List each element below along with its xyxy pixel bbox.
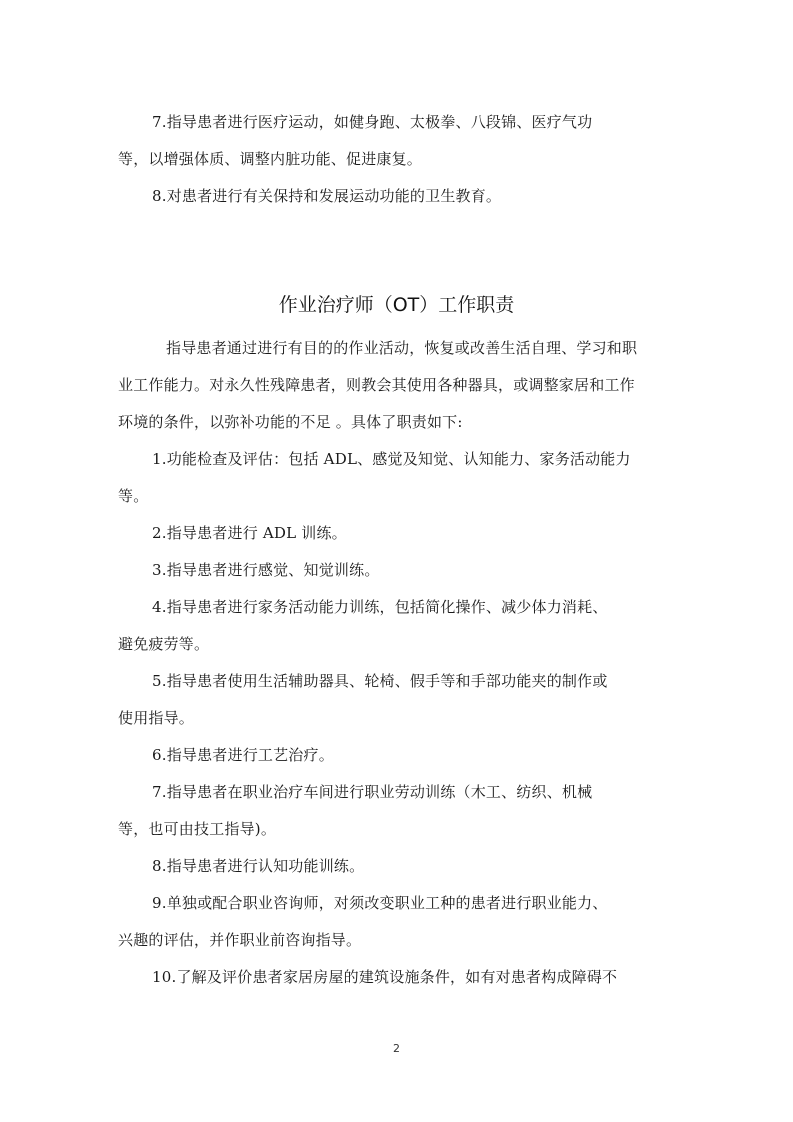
duty-9-line-1: 9.单独或配合职业咨询师，对须改变职业工种的患者进行职业能力、: [152, 893, 608, 913]
duty-10-line-1: 10.了解及评价患者家居房屋的建筑设施条件，如有对患者构成障碍不: [152, 967, 617, 987]
prev-item-7-line-2: 等，以增强体质、调整内脏功能、促进康复。: [118, 149, 422, 169]
prev-item-7-line-1: 7.指导患者进行医疗运动，如健身跑、太极拳、八段锦、医疗气功: [152, 112, 592, 132]
duty-6: 6.指导患者进行工艺治疗。: [152, 745, 334, 765]
duty-9-line-2: 兴趣的评估，并作职业前咨询指导。: [118, 930, 361, 950]
intro-line-1: 指导患者通过进行有目的的作业活动，恢复或改善生活自理、学习和职: [166, 338, 637, 358]
duty-7-line-1: 7.指导患者在职业治疗车间进行职业劳动训练（木工、纺织、机械: [152, 782, 592, 802]
duty-1-line-2: 等。: [118, 486, 148, 506]
duty-8: 8.指导患者进行认知功能训练。: [152, 856, 364, 876]
duty-4-line-1: 4.指导患者进行家务活动能力训练，包括简化操作、减少体力消耗、: [152, 597, 608, 617]
intro-line-2: 业工作能力。对永久性残障患者，则教会其使用各种器具，或调整家居和工作: [118, 375, 635, 395]
intro-line-3: 环境的条件，以弥补功能的不足 。具体了职责如下:: [118, 412, 463, 432]
prev-item-8: 8.对患者进行有关保持和发展运动功能的卫生教育。: [152, 186, 501, 206]
duty-5-line-1: 5.指导患者使用生活辅助器具、轮椅、假手等和手部功能夹的制作或: [152, 671, 608, 691]
section-title: 作业治疗师（OT）工作职责: [0, 292, 793, 318]
duty-4-line-2: 避免疲劳等。: [118, 634, 209, 654]
duty-2: 2.指导患者进行 ADL 训练。: [152, 523, 347, 543]
duty-3: 3.指导患者进行感觉、知觉训练。: [152, 560, 380, 580]
duty-5-line-2: 使用指导。: [118, 708, 194, 728]
duty-1-line-1: 1.功能检查及评估：包括 ADL、感觉及知觉、认知能力、家务活动能力: [152, 449, 631, 469]
document-page: 7.指导患者进行医疗运动，如健身跑、太极拳、八段锦、医疗气功 等，以增强体质、调…: [0, 0, 793, 1122]
duty-7-line-2: 等，也可由技工指导)。: [118, 819, 276, 839]
page-number: 2: [0, 1042, 793, 1055]
